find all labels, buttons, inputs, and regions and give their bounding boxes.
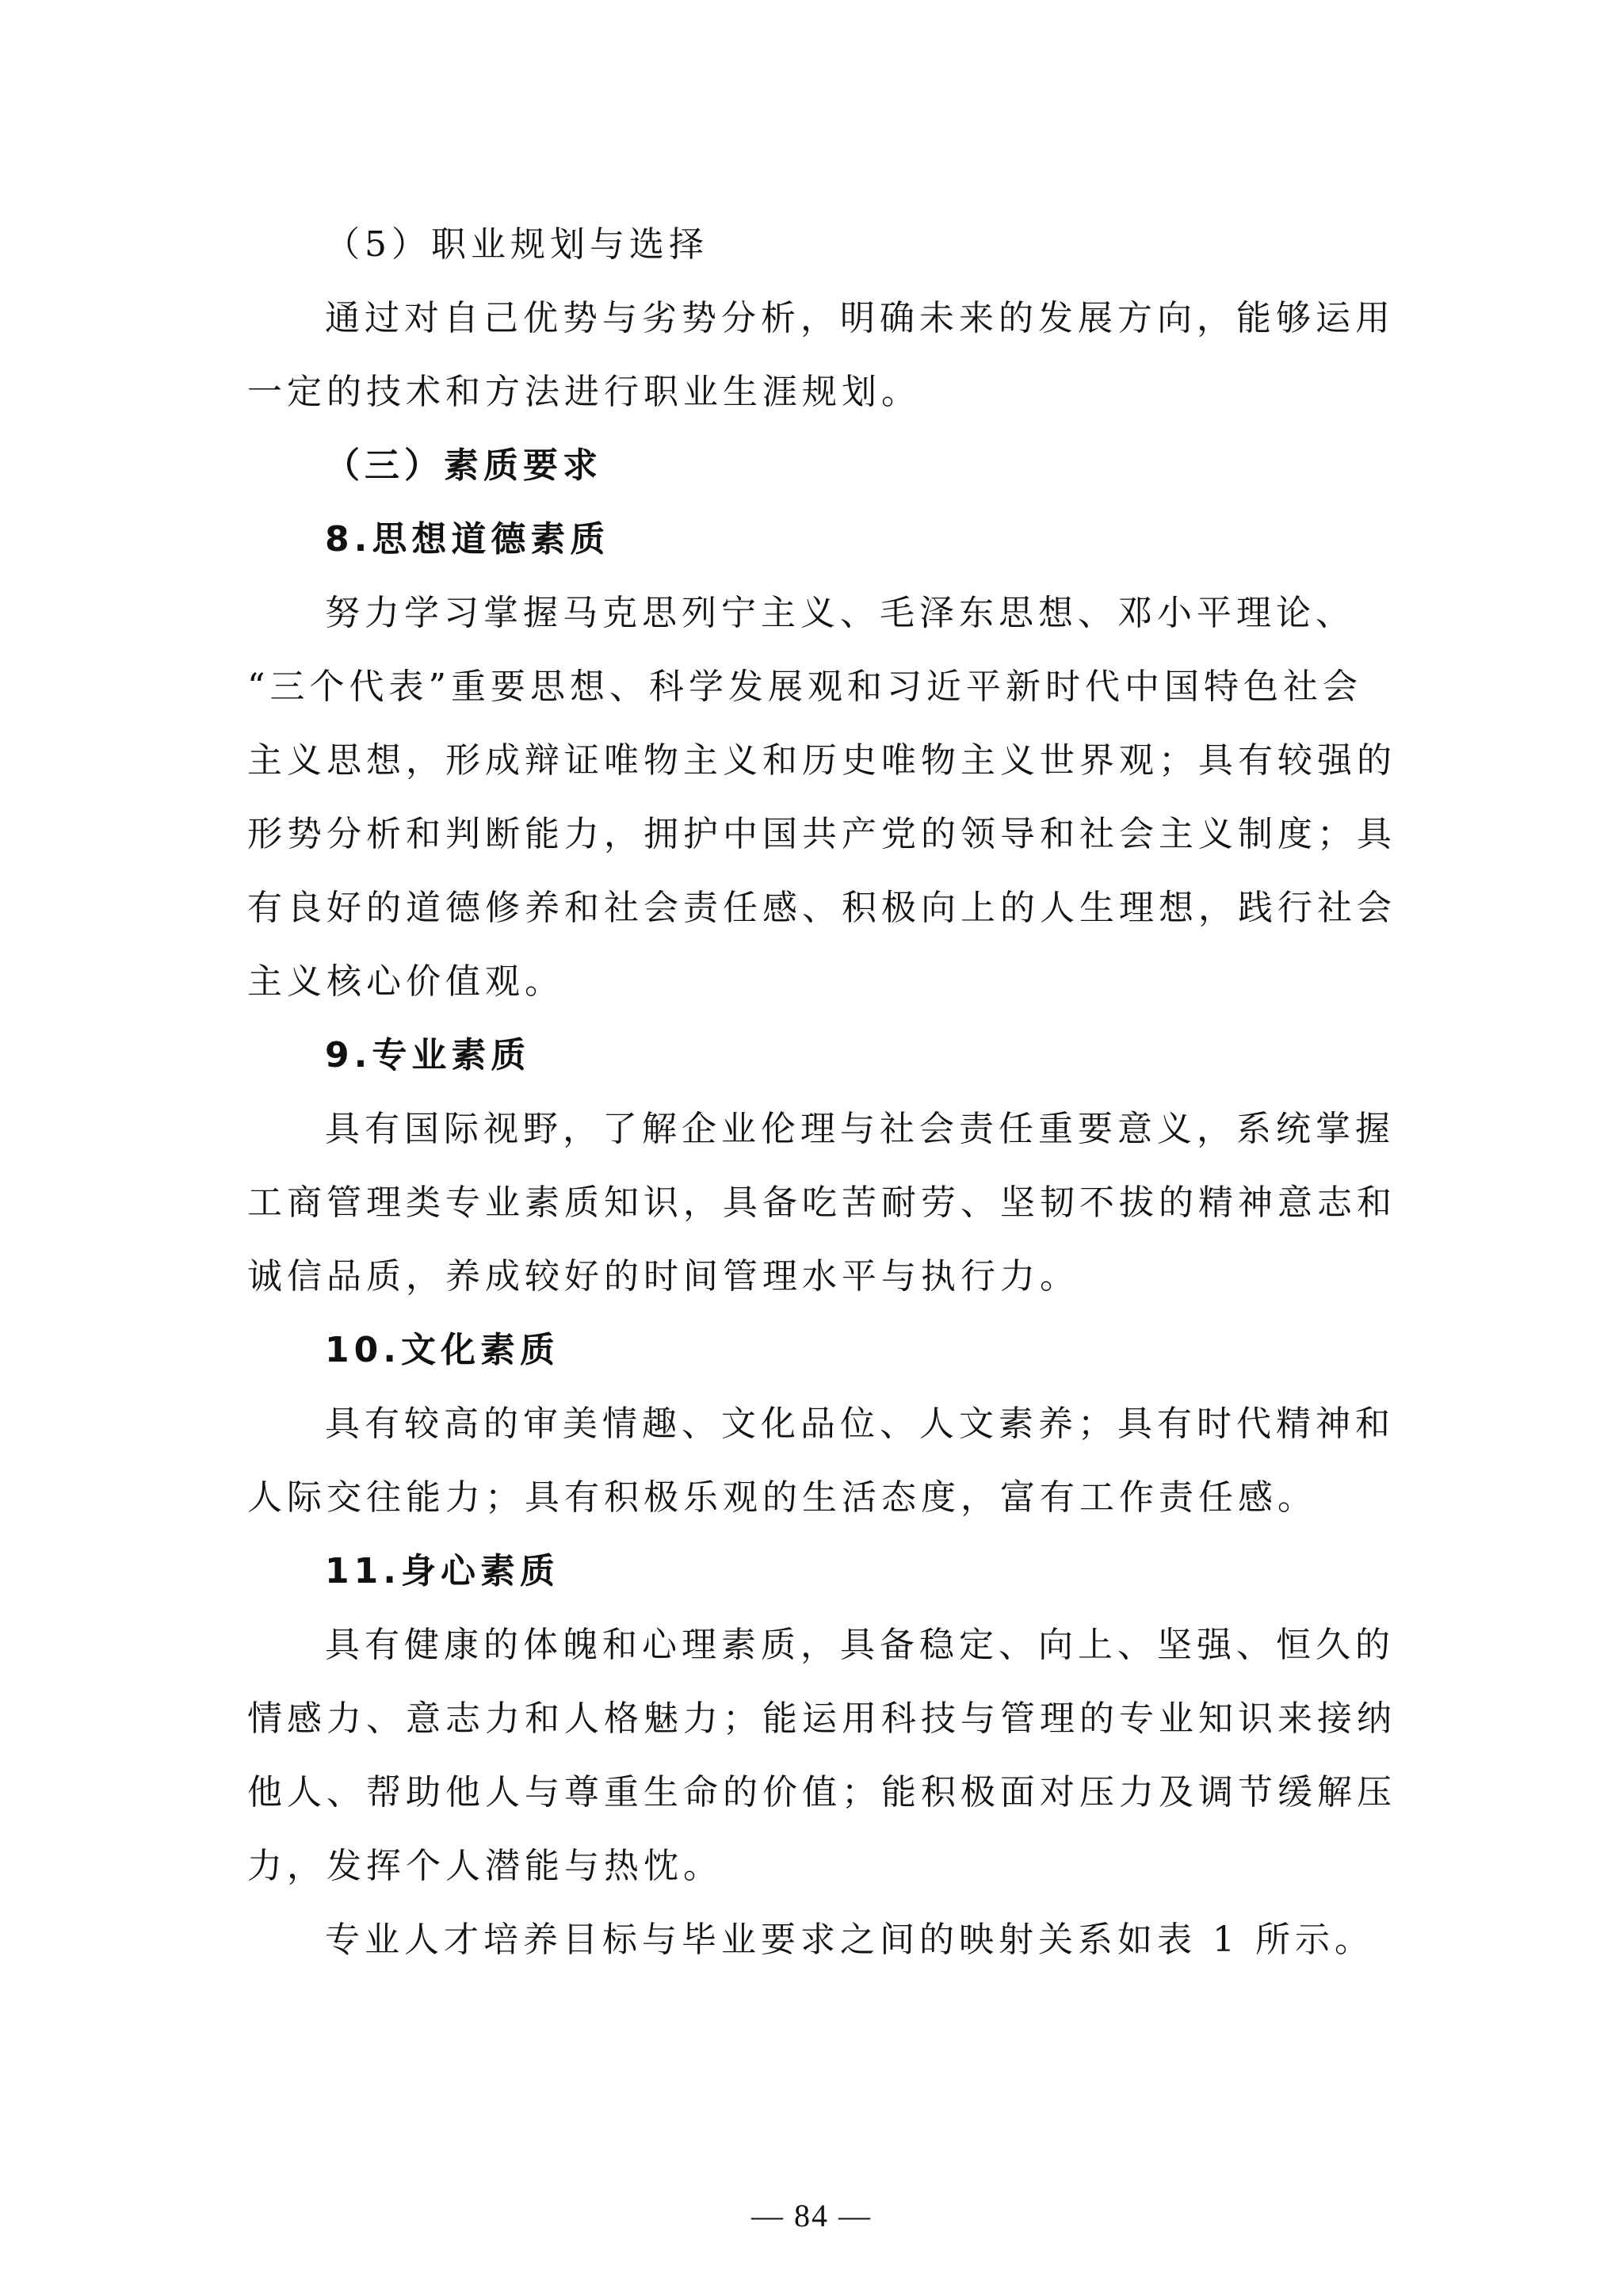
- paragraph-mapping-reference: 专业人才培养目标与毕业要求之间的映射关系如表 1 所示。: [247, 1903, 1365, 1977]
- paragraph-line: 形势分析和判断能力，拥护中国共产党的领导和社会主义制度；具: [247, 797, 1365, 871]
- paragraph-line: 具有较高的审美情趣、文化品位、人文素养；具有时代精神和: [247, 1387, 1365, 1461]
- paragraph-line: 情感力、意志力和人格魅力；能运用科技与管理的专业知识来接纳: [247, 1682, 1365, 1755]
- paragraph-line: 主义思想，形成辩证唯物主义和历史唯物主义世界观；具有较强的: [247, 724, 1365, 797]
- paragraph-line: 努力学习掌握马克思列宁主义、毛泽东思想、邓小平理论、: [247, 576, 1365, 650]
- paragraph-line: 力，发挥个人潜能与热忱。: [247, 1829, 1365, 1903]
- paragraph-line: 人际交往能力；具有积极乐观的生活态度，富有工作责任感。: [247, 1461, 1365, 1534]
- document-body: （5）职业规划与选择 通过对自己优势与劣势分析，明确未来的发展方向，能够运用 一…: [247, 208, 1365, 1977]
- subheading-career-planning: （5）职业规划与选择: [247, 208, 1365, 281]
- paragraph-line: 具有健康的体魄和心理素质，具备稳定、向上、坚强、恒久的: [247, 1608, 1365, 1682]
- paragraph-line: 工商管理类专业素质知识，具备吃苦耐劳、坚韧不拔的精神意志和: [247, 1166, 1365, 1240]
- heading-physical-mental-quality: 11.身心素质: [247, 1534, 1365, 1608]
- heading-cultural-quality: 10.文化素质: [247, 1313, 1365, 1387]
- heading-ideological-moral-quality: 8.思想道德素质: [247, 502, 1365, 576]
- page-number: — 84 —: [0, 2197, 1623, 2234]
- paragraph-line: 具有国际视野，了解企业伦理与社会责任重要意义，系统掌握: [247, 1092, 1365, 1166]
- paragraph-line: 诚信品质，养成较好的时间管理水平与执行力。: [247, 1240, 1365, 1313]
- heading-quality-requirements: （三）素质要求: [247, 429, 1365, 502]
- paragraph-line: 通过对自己优势与劣势分析，明确未来的发展方向，能够运用: [247, 281, 1365, 355]
- paragraph-line: 主义核心价值观。: [247, 945, 1365, 1018]
- heading-professional-quality: 9.专业素质: [247, 1018, 1365, 1092]
- paragraph-line: 一定的技术和方法进行职业生涯规划。: [247, 355, 1365, 429]
- paragraph-line: 有良好的道德修养和社会责任感、积极向上的人生理想，践行社会: [247, 871, 1365, 945]
- paragraph-line: “三个代表”重要思想、科学发展观和习近平新时代中国特色社会: [247, 650, 1365, 724]
- paragraph-line: 他人、帮助他人与尊重生命的价值；能积极面对压力及调节缓解压: [247, 1755, 1365, 1829]
